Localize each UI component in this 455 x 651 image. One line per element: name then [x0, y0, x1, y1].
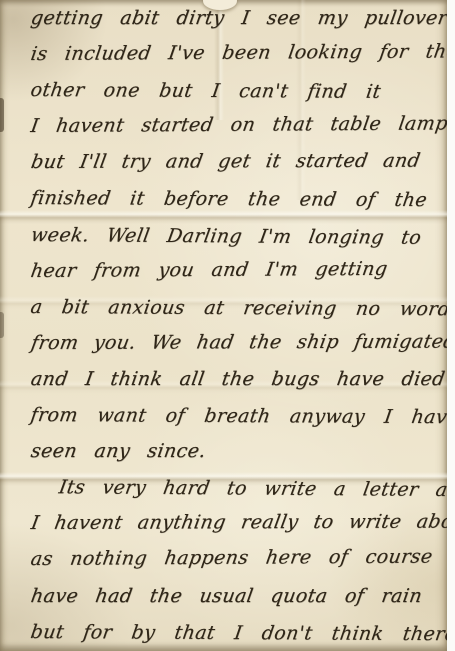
handwriting-line: I havent anything really to write about	[28, 505, 443, 543]
handwriting-line: is included I've been looking for the	[28, 35, 443, 74]
paper-edge-nick	[0, 312, 4, 338]
handwriting-line: seen any since.	[28, 434, 443, 470]
handwriting-line: week. Well Darling I'm longing to	[28, 218, 443, 257]
letter-lines: getting abit dirty I see my pulloveris i…	[28, 1, 437, 651]
letter-paper: getting abit dirty I see my pulloveris i…	[0, 0, 447, 651]
handwriting-line: have had the usual quota of rain	[28, 579, 443, 615]
handwriting-line: as nothing happens here of course we	[28, 540, 443, 579]
handwriting-line: from you. We had the ship fumigated	[28, 324, 443, 362]
handwriting-line: other one but I can't find it	[28, 73, 442, 111]
handwriting-line: but for by that I don't think there	[28, 615, 442, 651]
handwriting-line: hear from you and I'm getting	[28, 251, 443, 290]
handwriting-line: I havent started on that table lamp	[28, 107, 443, 146]
handwriting-line: a bit anxious at receiving no word	[28, 290, 442, 328]
handwriting-line: Its very hard to write a letter as	[28, 470, 443, 509]
handwriting-line: from want of breath anyway I havent	[28, 398, 442, 436]
handwriting-line: but I'll try and get it started and	[28, 144, 443, 182]
paper-edge-nick	[0, 98, 4, 132]
letter-scan: getting abit dirty I see my pulloveris i…	[0, 0, 455, 651]
handwriting-line: getting abit dirty I see my pullover	[28, 1, 443, 37]
handwriting-line: finished it before the end of the	[28, 181, 442, 219]
handwriting-line: and I think all the bugs have died	[28, 362, 443, 398]
